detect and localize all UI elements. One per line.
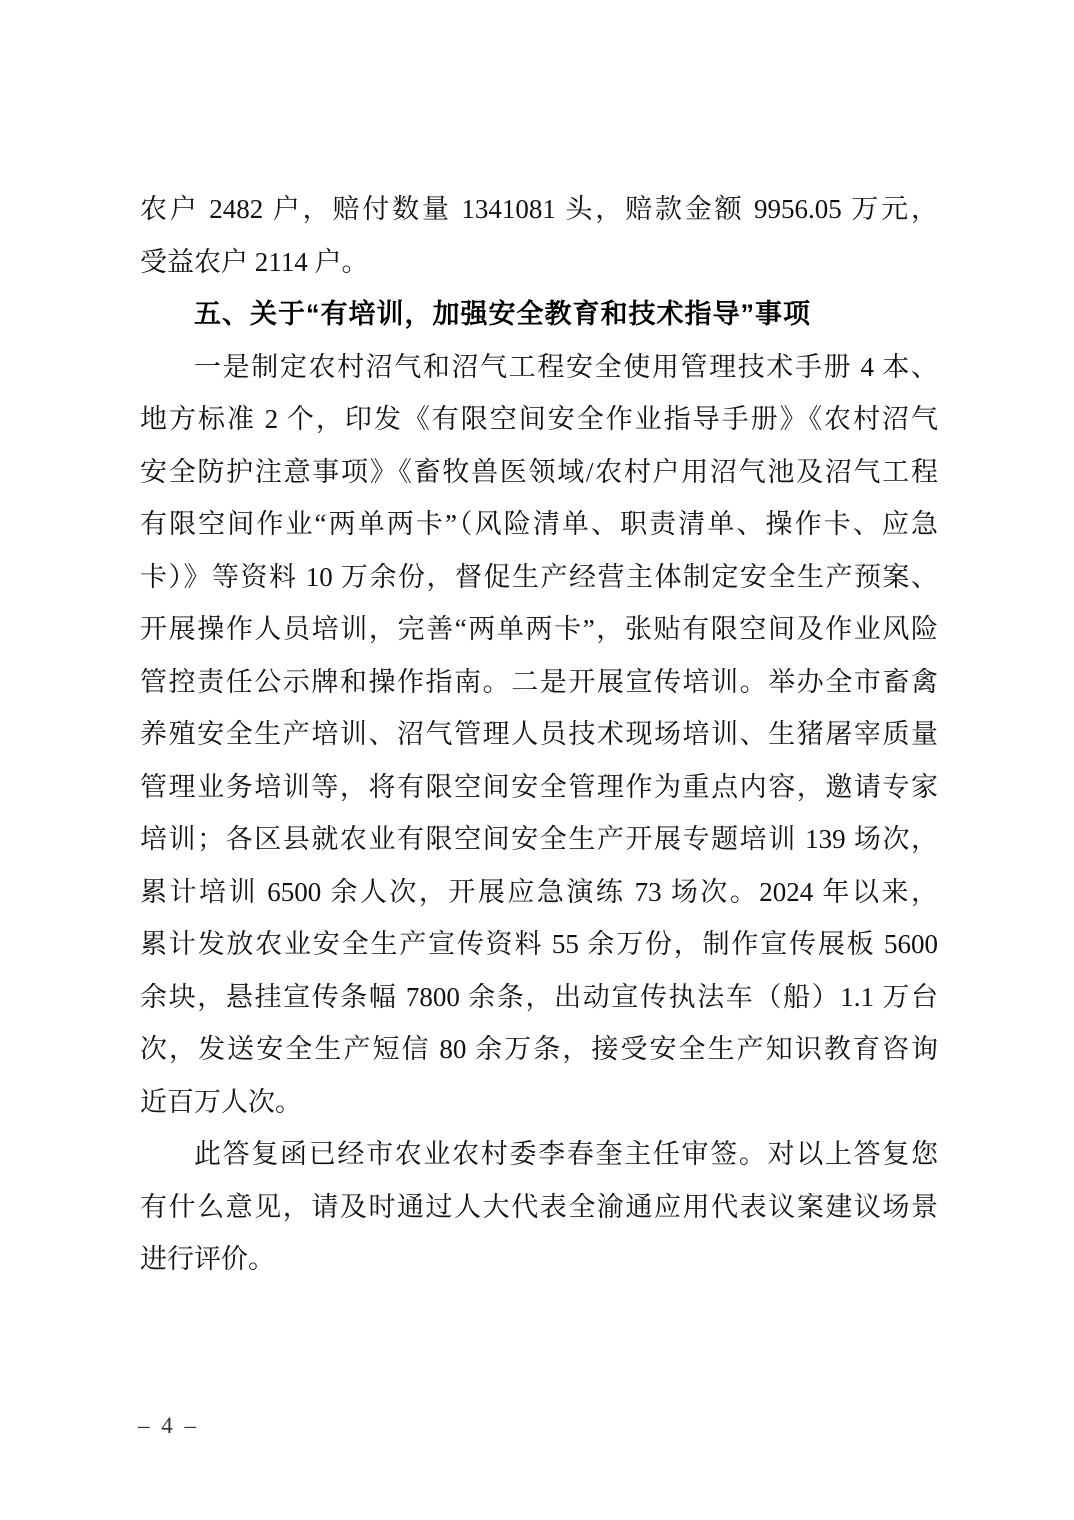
text-line: 养殖安全生产培训、沼气管理人员技术现场培训、生猪屠宰质量 bbox=[140, 708, 938, 761]
section-heading: 五、关于“有培训，加强安全教育和技术指导”事项 bbox=[140, 288, 938, 341]
paragraph: 此答复函已经市农业农村委李春奎主任审签。对以上答复您有什么意见，请及时通过人大代… bbox=[140, 1128, 938, 1286]
text-line: 培训；各区县就农业有限空间安全生产开展专题培训 139 场次， bbox=[140, 813, 938, 866]
document-page: 农户 2482 户，赔付数量 1341081 头，赔款金额 9956.05 万元… bbox=[0, 0, 1074, 1520]
text-line: 有限空间作业“两单两卡”（风险清单、职责清单、操作卡、应急 bbox=[140, 498, 938, 551]
text-line: 管控责任公示牌和操作指南。二是开展宣传培训。举办全市畜禽 bbox=[140, 656, 938, 709]
text-line: 安全防护注意事项》《畜牧兽医领域/农村户用沼气池及沼气工程 bbox=[140, 446, 938, 499]
paragraph: 农户 2482 户，赔付数量 1341081 头，赔款金额 9956.05 万元… bbox=[140, 183, 938, 288]
text-line: 卡）》等资料 10 万余份，督促生产经营主体制定安全生产预案、 bbox=[140, 551, 938, 604]
paragraph: 一是制定农村沼气和沼气工程安全使用管理技术手册 4 本、地方标准 2 个，印发《… bbox=[140, 341, 938, 1129]
text-line: 地方标准 2 个，印发《有限空间安全作业指导手册》《农村沼气 bbox=[140, 393, 938, 446]
text-line: 管理业务培训等，将有限空间安全管理作为重点内容，邀请专家 bbox=[140, 761, 938, 814]
text-line: 受益农户 2114 户。 bbox=[140, 236, 938, 289]
text-line: 进行评价。 bbox=[140, 1233, 938, 1286]
page-number: – 4 – bbox=[138, 1410, 199, 1442]
text-line: 累计发放农业安全生产宣传资料 55 余万份，制作宣传展板 5600 bbox=[140, 918, 938, 971]
text-line: 近百万人次。 bbox=[140, 1076, 938, 1129]
text-line: 此答复函已经市农业农村委李春奎主任审签。对以上答复您 bbox=[140, 1128, 938, 1181]
text-line: 农户 2482 户，赔付数量 1341081 头，赔款金额 9956.05 万元… bbox=[140, 183, 938, 236]
text-line: 有什么意见，请及时通过人大代表全渝通应用代表议案建议场景 bbox=[140, 1181, 938, 1234]
text-line: 累计培训 6500 余人次，开展应急演练 73 场次。2024 年以来， bbox=[140, 866, 938, 919]
text-line: 次，发送安全生产短信 80 余万条，接受安全生产知识教育咨询 bbox=[140, 1023, 938, 1076]
text-line: 余块，悬挂宣传条幅 7800 余条，出动宣传执法车（船）1.1 万台 bbox=[140, 971, 938, 1024]
text-line: 一是制定农村沼气和沼气工程安全使用管理技术手册 4 本、 bbox=[140, 341, 938, 394]
document-body: 农户 2482 户，赔付数量 1341081 头，赔款金额 9956.05 万元… bbox=[140, 183, 938, 1286]
text-line: 开展操作人员培训，完善“两单两卡”，张贴有限空间及作业风险 bbox=[140, 603, 938, 656]
